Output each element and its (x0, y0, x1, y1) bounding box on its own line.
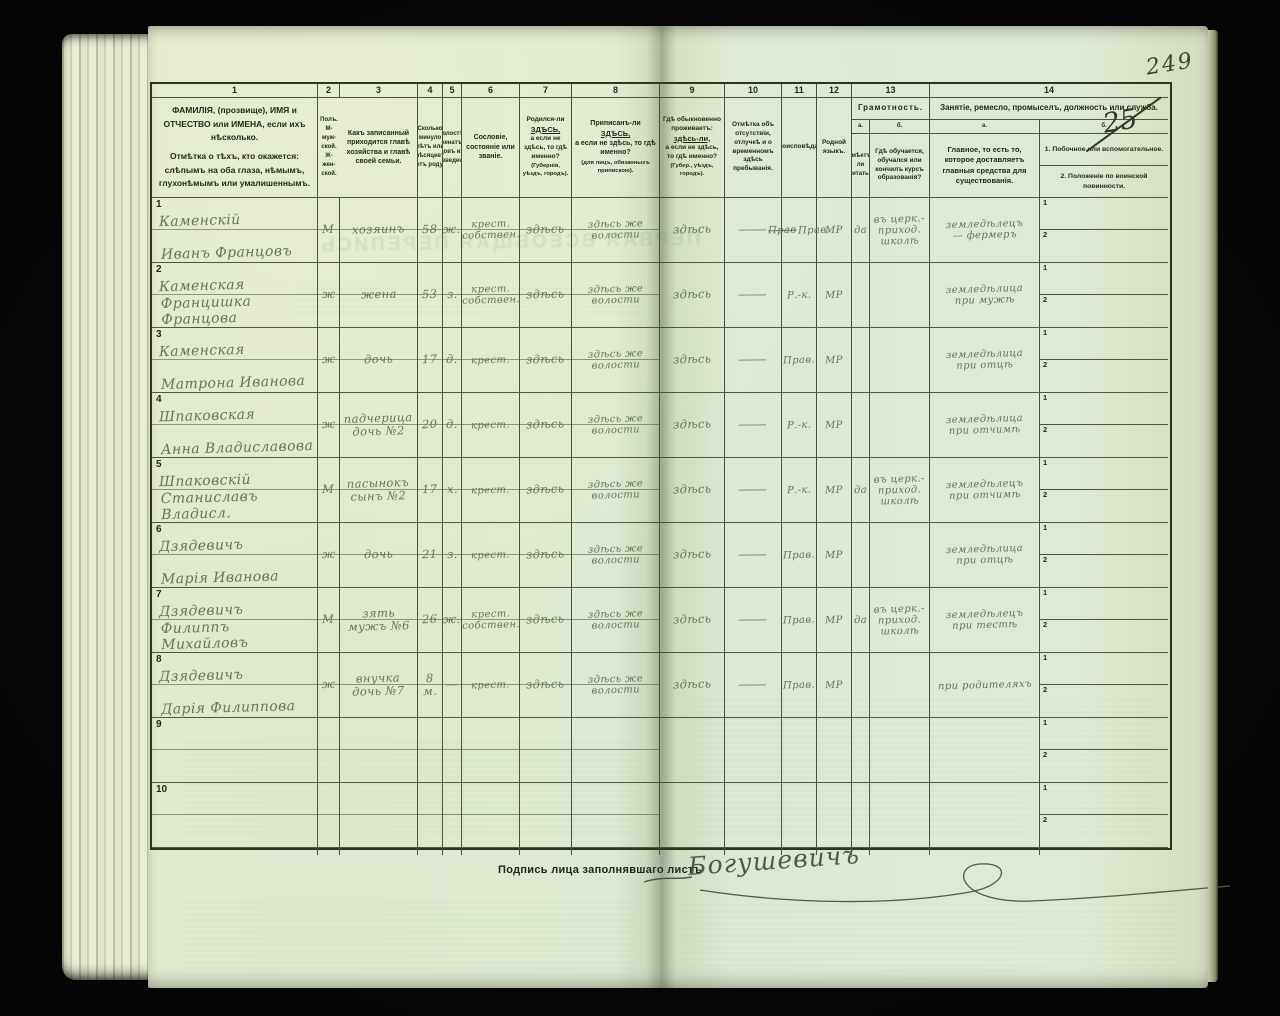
cell-language: МР (817, 263, 852, 328)
cell-name: 3КаменскаяМатрона Иванова (152, 328, 318, 393)
row-number: 10 (156, 784, 167, 795)
occupation-sub-row: 1 (1040, 588, 1168, 620)
sub-row-label: 2 (1043, 490, 1047, 499)
relation-value: жена (360, 288, 396, 302)
sex-value: М (322, 483, 335, 497)
cell-language: МР (817, 653, 852, 718)
cell-literate (852, 263, 870, 328)
estate-value: крест. (471, 679, 510, 691)
row-number: 9 (156, 719, 162, 730)
estate-value: крест. (471, 354, 510, 366)
registration-value: здѣсь же волости (588, 348, 644, 372)
sub-row-label: 1 (1043, 523, 1047, 532)
row-number: 4 (156, 394, 162, 405)
cell-occupation: при родителяхъ (930, 653, 1040, 718)
cell-age: 17 (418, 458, 443, 523)
cell-marital: х. (443, 458, 462, 523)
cell-absence: — (725, 263, 782, 328)
religion-crossed: Прав (768, 224, 797, 236)
cell-estate: крест. собствен. (462, 263, 520, 328)
cell-born: здѣсь (520, 523, 572, 588)
col-number: 12 (817, 84, 852, 98)
header-religion: Вѣроисповѣданіе. (782, 98, 817, 198)
cell-occupation-side: 12 (1040, 458, 1168, 523)
occupation-sub-row: 2 (1040, 295, 1168, 327)
cell-born (520, 783, 572, 848)
given-name: Анна Владиславова (161, 438, 314, 458)
cell-sex: ж (318, 393, 340, 458)
header-occupation-b: 1. Побочное или вспомогательное. 2. Поло… (1040, 134, 1168, 198)
occupation-sub-row: 2 (1040, 425, 1168, 457)
age-value: 17 (422, 483, 438, 497)
header-sex: Полъ. М-муж-ской. Ж-жен-ской. (318, 98, 340, 198)
residence-value: здѣсь (673, 418, 712, 432)
cell-born: здѣсь (520, 393, 572, 458)
cell-relation: внучка дочь №7 (340, 653, 418, 718)
sub-row-label: 2 (1043, 620, 1047, 629)
estate-value: крест. собствен. (461, 283, 520, 307)
col-number: 13 (852, 84, 930, 98)
sex-value: ж (322, 418, 336, 432)
age-value: 8 м. (418, 671, 443, 698)
cell-age: 17 (418, 328, 443, 393)
header-birthplace-post: а если не здѣсь, то гдѣ именно? (522, 135, 569, 161)
relation-value: дочь (364, 353, 394, 367)
sex-value: ж (322, 288, 336, 302)
cell-religion: ПравПрав. (782, 198, 817, 263)
cell-occupation-side: 12 (1040, 588, 1168, 653)
given-name: Францишка Францова (161, 292, 318, 328)
cell-estate: крест. (462, 458, 520, 523)
cell-occupation-side: 12 (1040, 783, 1168, 848)
cell-age: 58 (418, 198, 443, 263)
cell-estate (462, 783, 520, 848)
cell-religion: Прав. (782, 328, 817, 393)
age-value: 21 (422, 548, 438, 562)
cell-occupation: земледѣлецъ — фермеръ (930, 198, 1040, 263)
occupation-sub-row: 1 (1040, 263, 1168, 295)
religion-value: Р.-к. (787, 484, 812, 496)
occupation-sub-row: 1 (1040, 783, 1168, 815)
handwritten-corner-mark: 25 (1101, 103, 1140, 139)
cell-language: МР (817, 458, 852, 523)
registration-value: здѣсь же волости (588, 673, 644, 697)
absence-mark: — (737, 223, 769, 237)
cell-relation: пасынокъ сынъ №2 (340, 458, 418, 523)
column-tick (462, 848, 520, 855)
col-number: 11 (782, 84, 817, 98)
col-number: 10 (725, 84, 782, 98)
cell-name: 6ДзядевичъМарія Иванова (152, 523, 318, 588)
header-residence-em: здѣсь-ли, (674, 134, 711, 144)
cell-literate: да (852, 458, 870, 523)
sub-row-label: 1 (1043, 783, 1047, 792)
cell-literate: да (852, 198, 870, 263)
cell-age: 21 (418, 523, 443, 588)
absence-mark: — (737, 483, 769, 497)
col-number: 5 (443, 84, 462, 98)
cell-absence: — (725, 458, 782, 523)
cell-religion: Р.-к. (782, 393, 817, 458)
religion-value: Р.-к. (787, 419, 812, 431)
cell-literate (852, 328, 870, 393)
cell-school (870, 783, 930, 848)
cell-absence: — (725, 328, 782, 393)
occupation-value: земледѣлица при отцѣ (946, 543, 1024, 567)
cell-occupation-side: 12 (1040, 263, 1168, 328)
cell-school: въ церк.- приход. школѣ (870, 458, 930, 523)
cell-school (870, 328, 930, 393)
cell-religion: Прав. (782, 653, 817, 718)
cell-literate (852, 393, 870, 458)
cell-religion: Р.-к. (782, 458, 817, 523)
header-registration-post: а если не здѣсь, то гдѣ именно? (574, 139, 657, 158)
cell-occupation: земледѣлецъ при отчимѣ (930, 458, 1040, 523)
header-name-column: ФАМИЛІЯ, (прозвище), ИМЯ и ОТЧЕСТВО или … (152, 98, 318, 198)
cell-age: 26 (418, 588, 443, 653)
relation-value: внучка дочь №7 (352, 671, 405, 699)
registration-value: здѣсь же волости (588, 608, 644, 632)
cell-occupation: земледѣлица при отчимѣ (930, 393, 1040, 458)
header-registration-em: ЗДѢСЬ, (601, 129, 630, 139)
column-tick (418, 848, 443, 855)
occupation-value: земледѣлица при отцѣ (946, 348, 1024, 372)
header-age: Сколько минуло лѣтъ или мѣсяцевъ отъ род… (418, 98, 443, 198)
sub-row-label: 1 (1043, 198, 1047, 207)
row-number: 2 (156, 264, 162, 275)
occupation-sub-row: 2 (1040, 490, 1168, 522)
sex-value: ж (322, 353, 336, 367)
census-sheet-scan: ПЕРВАЯ ВСЕОБЩАЯ ПЕРЕПИСЬ 1 2 3 4 5 6 7 8… (0, 0, 1280, 1016)
birthplace-value: здѣсь (526, 418, 565, 432)
sub-row-label: 2 (1043, 685, 1047, 694)
page-stack-edge (62, 34, 154, 980)
cell-age: 20 (418, 393, 443, 458)
surname: Дзядевичъ (159, 667, 244, 685)
sub-row-label: 1 (1043, 588, 1047, 597)
cell-sex: М (318, 588, 340, 653)
marital-value: х. (446, 483, 457, 497)
header-absence: Отмѣтка объ отсутствіи, отлучкѣ и о врем… (725, 98, 782, 198)
row-number: 3 (156, 329, 162, 340)
registration-value: здѣсь же волости (588, 478, 644, 502)
sub-row-label: 1 (1043, 458, 1047, 467)
cell-marital: з. (443, 263, 462, 328)
literate-value: да (854, 224, 867, 235)
literate-value: да (854, 614, 867, 625)
estate-value: крест. (471, 549, 510, 561)
cell-occupation-side: 12 (1040, 328, 1168, 393)
column-tick (152, 848, 318, 855)
surname: Дзядевичъ (159, 602, 244, 620)
cell-sex: М (318, 198, 340, 263)
column-tick (318, 848, 340, 855)
cell-name: 2КаменскаяФранцишка Францова (152, 263, 318, 328)
cell-absence: — (725, 653, 782, 718)
residence-value: здѣсь (673, 353, 712, 367)
sex-value: ж (322, 678, 336, 692)
birthplace-value: здѣсь (526, 353, 565, 367)
occupation-sub-row: 1 (1040, 718, 1168, 750)
given-name: Дарія Филиппова (161, 698, 296, 718)
cell-estate: крест. (462, 328, 520, 393)
residence-value: здѣсь (673, 678, 712, 692)
relation-value: падчерица дочь №2 (344, 411, 413, 439)
occupation-value: земледѣлица при мужѣ (946, 283, 1024, 307)
residence-value: здѣсь (673, 288, 712, 302)
cell-language (817, 718, 852, 783)
cell-school: въ церк.- приход. школѣ (870, 588, 930, 653)
cell-name: 1КаменскійИванъ Францовъ (152, 198, 318, 263)
cell-literate: да (852, 588, 870, 653)
cell-absence (725, 783, 782, 848)
cell-sex: ж (318, 653, 340, 718)
cell-literate (852, 523, 870, 588)
cell-religion: Р.-к. (782, 263, 817, 328)
col-number: 6 (462, 84, 520, 98)
cell-marital (443, 718, 462, 783)
marital-value: ж. (443, 223, 461, 237)
birthplace-value: здѣсь (526, 288, 565, 302)
cell-name: 9 (152, 718, 318, 783)
row-number: 5 (156, 459, 162, 470)
sub-row-label: 2 (1043, 360, 1047, 369)
cell-relation: зять мужъ №6 (340, 588, 418, 653)
residence-value: здѣсь (673, 223, 712, 237)
cell-marital: ж. (443, 198, 462, 263)
row-number: 8 (156, 654, 162, 665)
header-occupation-a: Главное, то есть то, которое доставляетъ… (930, 134, 1040, 198)
cell-language: МР (817, 198, 852, 263)
cell-name: 7ДзядевичъФилиппъ Михайловъ (152, 588, 318, 653)
col-number: 3 (340, 84, 418, 98)
surname: Шпаковская (159, 407, 256, 426)
literate-value: да (854, 484, 867, 495)
estate-value: крест. (471, 419, 510, 431)
occupation-sub-row: 2 (1040, 815, 1168, 847)
cell-religion: Прав. (782, 523, 817, 588)
school-value: въ церк.- приход. школѣ (874, 473, 926, 507)
age-value: 26 (422, 613, 438, 627)
language-value: МР (825, 224, 843, 235)
cell-estate (462, 718, 520, 783)
surname: Каменская (159, 277, 245, 295)
language-value: МР (825, 419, 843, 430)
column-tick (340, 848, 418, 855)
page-right-edge (1208, 30, 1218, 982)
cell-religion (782, 783, 817, 848)
sub-row-label: 2 (1043, 815, 1047, 824)
cell-absence (725, 718, 782, 783)
sub-row-label: 2 (1043, 555, 1047, 564)
header-birthplace-note: (Губернія, уѣздъ, городъ). (522, 163, 569, 179)
cell-absence: — (725, 588, 782, 653)
cell-sex: ж (318, 523, 340, 588)
cell-estate: крест. (462, 523, 520, 588)
header-name-line2: Отмѣтка о тѣхъ, кто окажется: слѣпымъ на… (154, 150, 315, 191)
cell-absence: — (725, 523, 782, 588)
relation-value: пасынокъ сынъ №2 (347, 476, 410, 504)
cell-relation: падчерица дочь №2 (340, 393, 418, 458)
absence-mark: — (737, 418, 769, 432)
registration-value: здѣсь же волости (588, 413, 644, 437)
header-language: Родной языкъ. (817, 98, 852, 198)
occupation-value: при родителяхъ (937, 678, 1031, 692)
cell-language: МР (817, 393, 852, 458)
occupation-sub-row: 2 (1040, 620, 1168, 652)
cell-relation (340, 783, 418, 848)
occupation-sub-row: 2 (1040, 685, 1168, 717)
cell-occupation (930, 783, 1040, 848)
occupation-sub-row: 2 (1040, 555, 1168, 587)
occupation-sub-row: 2 (1040, 750, 1168, 782)
surname: Дзядевичъ (159, 537, 244, 555)
header-occupation-b2: 2. Положеніе по воинской повинности. (1040, 166, 1168, 197)
language-value: МР (825, 289, 843, 300)
age-value: 53 (422, 288, 438, 302)
cell-age: 8 м. (418, 653, 443, 718)
sex-value: М (322, 223, 335, 237)
absence-mark: — (737, 613, 769, 627)
surname: Каменская (159, 342, 245, 360)
cell-occupation (930, 718, 1040, 783)
religion-value: Р.-к. (787, 289, 812, 301)
cell-language: МР (817, 328, 852, 393)
language-value: МР (825, 354, 843, 365)
cell-born (520, 718, 572, 783)
age-value: 17 (422, 353, 438, 367)
cell-marital: д. (443, 393, 462, 458)
cell-name: 5ШпаковскійСтаниславъ Владисл. (152, 458, 318, 523)
cell-born: здѣсь (520, 263, 572, 328)
cell-occupation-side: 12 (1040, 198, 1168, 263)
sub-row-label: 2 (1043, 425, 1047, 434)
col-number: 4 (418, 84, 443, 98)
absence-mark: — (737, 678, 769, 692)
header-literacy-b-label: б. (870, 120, 930, 134)
cell-literate (852, 718, 870, 783)
cell-language: МР (817, 523, 852, 588)
cell-estate: крест. собствен. (462, 198, 520, 263)
sub-row-label: 2 (1043, 295, 1047, 304)
given-name: Станиславъ Владисл. (161, 487, 318, 523)
marital-value: — (446, 678, 458, 692)
sub-row-label: 1 (1043, 653, 1047, 662)
birthplace-value: здѣсь (526, 548, 565, 562)
marital-value: ж. (443, 613, 461, 627)
cell-language (817, 783, 852, 848)
header-occupation-a-label: а. (930, 120, 1040, 134)
estate-value: крест. собствен. (461, 218, 520, 242)
col-number: 2 (318, 84, 340, 98)
header-literacy-a: Умѣетъ-ли читать? (852, 134, 870, 198)
cell-occupation: земледѣлецъ при тестѣ (930, 588, 1040, 653)
cell-language: МР (817, 588, 852, 653)
sub-row-label: 1 (1043, 328, 1047, 337)
occupation-sub-row: 1 (1040, 198, 1168, 230)
cell-born: здѣсь (520, 653, 572, 718)
sub-row-label: 1 (1043, 718, 1047, 727)
language-value: МР (825, 614, 843, 625)
cell-absence: — (725, 393, 782, 458)
birthplace-value: здѣсь (526, 483, 565, 497)
estate-value: крест. собствен. (461, 608, 520, 632)
birthplace-value: здѣсь (526, 223, 565, 237)
marital-value: д. (446, 353, 458, 367)
residence-value: здѣсь (673, 548, 712, 562)
estate-value: крест. (471, 484, 510, 496)
religion-value: Прав. (783, 679, 815, 691)
header-registration-note: (для лицъ, обязанныхъ припискою). (574, 160, 657, 176)
school-value: въ церк.- приход. школѣ (874, 213, 926, 247)
cell-occupation: земледѣлица при отцѣ (930, 523, 1040, 588)
occupation-sub-row: 1 (1040, 393, 1168, 425)
column-tick (443, 848, 462, 855)
relation-value: зять мужъ №6 (347, 606, 409, 634)
given-name: Иванъ Францовъ (161, 243, 293, 263)
cell-marital: ж. (443, 588, 462, 653)
row-number: 1 (156, 199, 162, 210)
language-value: МР (825, 549, 843, 560)
language-value: МР (825, 484, 843, 495)
cell-born: здѣсь (520, 588, 572, 653)
cell-sex: М (318, 458, 340, 523)
given-name: Филиппъ Михайловъ (161, 617, 318, 653)
cell-born: здѣсь (520, 198, 572, 263)
marital-value: з. (446, 288, 457, 302)
header-birthplace: Родился-ли ЗДѢСЬ, а если не здѣсь, то гд… (520, 98, 572, 198)
cell-occupation-side: 12 (1040, 393, 1168, 458)
sex-value: М (322, 613, 335, 627)
col-number: 7 (520, 84, 572, 98)
occupation-value: земледѣлецъ при тестѣ (945, 608, 1023, 632)
cell-relation: жена (340, 263, 418, 328)
cell-born: здѣсь (520, 458, 572, 523)
age-value: 58 (422, 223, 438, 237)
relation-value: дочь (364, 548, 394, 562)
cell-relation: дочь (340, 523, 418, 588)
registration-value: здѣсь же волости (588, 283, 644, 307)
cell-occupation: земледѣлица при мужѣ (930, 263, 1040, 328)
cell-literate (852, 783, 870, 848)
surname: Шпаковскій (159, 472, 251, 491)
occupation-sub-row: 2 (1040, 360, 1168, 392)
absence-mark: — (737, 548, 769, 562)
absence-mark: — (737, 288, 769, 302)
header-estate: Сословіе, состояніе или званіе. (462, 98, 520, 198)
book-fold-shadow (646, 26, 676, 988)
cell-school (870, 263, 930, 328)
language-value: МР (825, 679, 843, 690)
residence-value: здѣсь (673, 613, 712, 627)
cell-born: здѣсь (520, 328, 572, 393)
cell-sex (318, 718, 340, 783)
cell-marital: — (443, 653, 462, 718)
cell-sex: ж (318, 263, 340, 328)
cell-estate: крест. (462, 653, 520, 718)
surname: Каменскій (159, 212, 241, 230)
cell-age (418, 718, 443, 783)
cell-sex (318, 783, 340, 848)
cell-occupation-side: 12 (1040, 718, 1168, 783)
given-name: Марія Иванова (161, 568, 279, 587)
given-name: Матрона Иванова (161, 373, 306, 393)
birthplace-value: здѣсь (526, 613, 565, 627)
cell-relation: дочь (340, 328, 418, 393)
marital-value: з. (446, 548, 457, 562)
cell-religion (782, 718, 817, 783)
header-registration-pre: Приписанъ-ли (590, 119, 640, 128)
